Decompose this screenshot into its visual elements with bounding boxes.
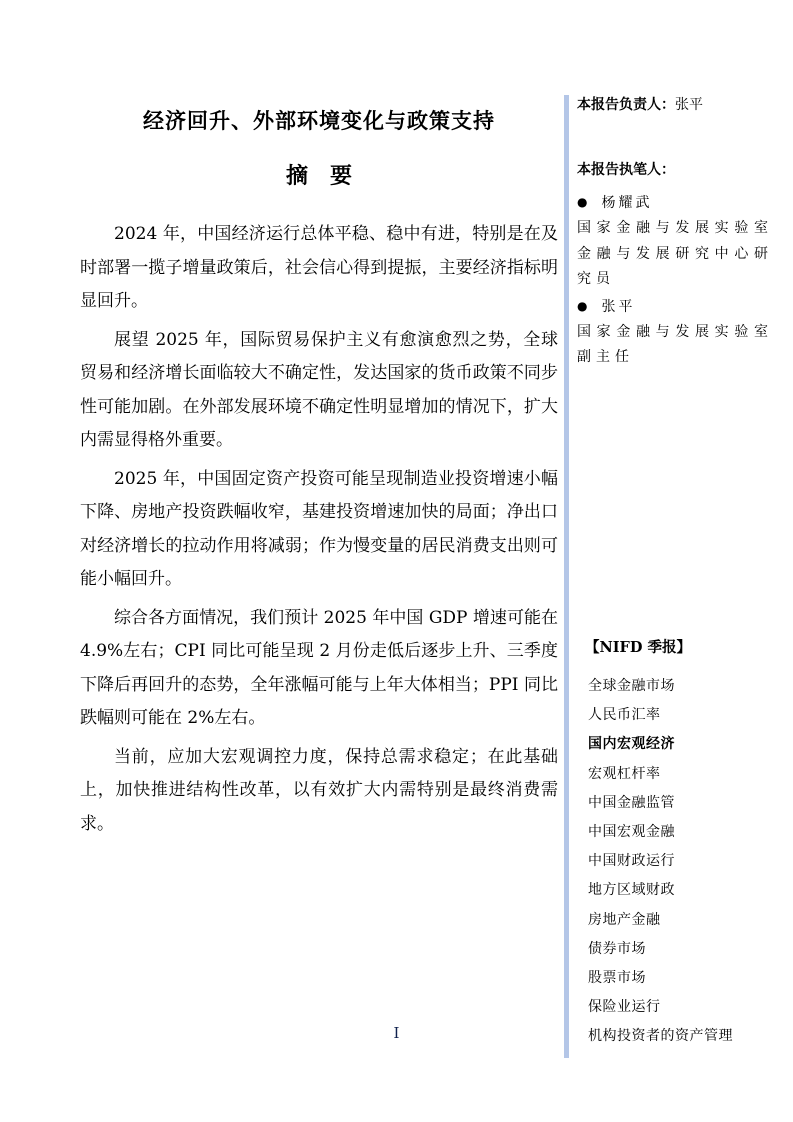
series-item: 国内宏观经济 [588,736,779,752]
report-authors-label: 本报告执笔人： [577,158,779,182]
series-item: 中国金融监管 [588,795,779,811]
abstract-heading: 摘 要 [80,161,558,191]
series-item: 宏观杠杆率 [588,766,779,782]
nifd-series-block: 【NIFD 季报】 全球金融市场 人民币汇率 国内宏观经济 宏观杠杆率 中国金融… [588,638,779,1057]
abstract-paragraph: 当前，应加大宏观调控力度，保持总需求稳定；在此基础上，加快推进结构性改革，以有效… [80,741,558,842]
series-item: 股票市场 [588,970,779,986]
report-lead-block: 本报告负责人：张平 [577,94,779,116]
series-item: 全球金融市场 [588,678,779,694]
series-item: 中国财政运行 [588,853,779,869]
series-item: 地方区域财政 [588,882,779,898]
series-item: 保险业运行 [588,999,779,1015]
page-number: I [0,1023,793,1043]
nifd-series-heading: 【NIFD 季报】 [585,638,779,658]
abstract-paragraph: 2024 年，中国经济运行总体平稳、稳中有进，特别是在及时部署一揽子增量政策后，… [80,218,558,319]
abstract-paragraph: 展望 2025 年，国际贸易保护主义有愈演愈烈之势，全球贸易和经济增长面临较大不… [80,324,558,458]
author-name: 张平 [601,294,635,320]
report-title: 经济回升、外部环境变化与政策支持 [80,106,558,136]
abstract-page: 经济回升、外部环境变化与政策支持 摘 要 2024 年，中国经济运行总体平稳、稳… [80,0,558,846]
author-affiliation: 国家金融与发展实验室金融与发展研究中心研究员 [577,216,773,293]
author-affiliation: 国家金融与发展实验室副主任 [577,320,773,371]
report-authors-block: 本报告执笔人： ● 杨耀武 国家金融与发展实验室金融与发展研究中心研究员 ● 张… [577,158,779,372]
abstract-paragraph: 2025 年，中国固定资产投资可能呈现制造业投资增速小幅下降、房地产投资跌幅收窄… [80,463,558,597]
bullet-icon: ● [577,189,587,215]
series-item: 人民币汇率 [588,707,779,723]
series-item: 房地产金融 [588,912,779,928]
sidebar-divider [564,95,569,1058]
series-item: 中国宏观金融 [588,824,779,840]
report-lead-name: 张平 [675,97,703,113]
bullet-icon: ● [577,293,587,319]
series-item: 债券市场 [588,941,779,957]
author-name: 杨耀武 [601,190,652,216]
abstract-paragraph: 综合各方面情况，我们预计 2025 年中国 GDP 增速可能在 4.9%左右；C… [80,602,558,736]
report-lead-label: 本报告负责人： [577,97,675,113]
author-row: ● 杨耀武 [577,190,779,216]
abstract-body: 2024 年，中国经济运行总体平稳、稳中有进，特别是在及时部署一揽子增量政策后，… [80,218,558,841]
author-row: ● 张平 [577,294,779,320]
